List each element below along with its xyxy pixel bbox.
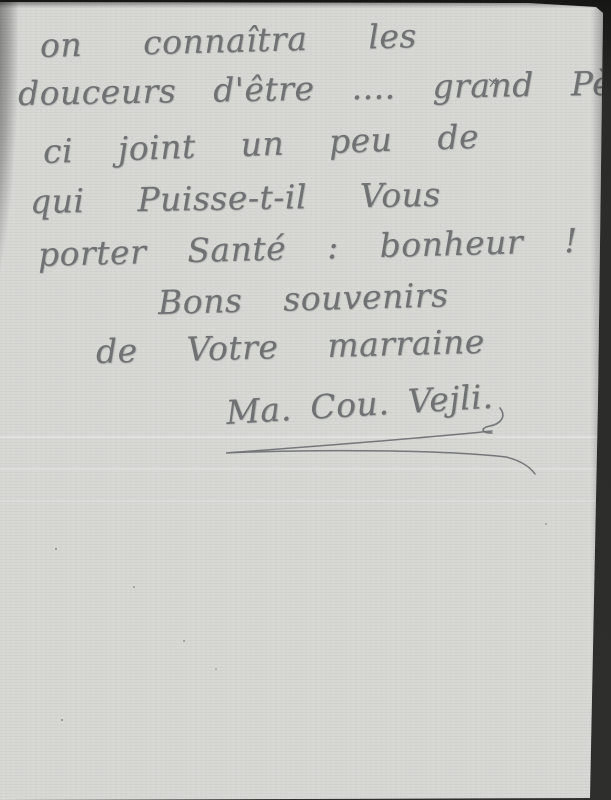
letter-line-2: douceurs d'être .... grand Père !: [18, 62, 611, 113]
scan-background: on connaîtra les douceurs d'être .... gr…: [0, 0, 611, 800]
paper-crease: [0, 436, 600, 438]
paper-specks: [55, 548, 57, 550]
signature-line: Ma. Cou. Vejli.: [225, 377, 494, 432]
letter-line-5: porter Santé : bonheur !: [37, 221, 578, 274]
scan-edge-shadow-left: [0, 0, 46, 360]
letter-line-1: on connaîtra les: [39, 16, 417, 65]
scan-edge-shadow-top: [0, 0, 611, 8]
paper-crease: [0, 500, 600, 502]
letter-line-4: qui Puisse-t-il Vous: [30, 175, 441, 221]
paper-crease: [0, 468, 600, 470]
letter-line-3: ci joint un peu de: [42, 117, 479, 171]
letter-line-7: de Votre marraine: [95, 322, 485, 371]
insertion-mark: ×: [486, 72, 501, 92]
letter-page: on connaîtra les douceurs d'être .... gr…: [0, 0, 611, 800]
scan-edge-shadow-right: [591, 0, 605, 800]
letter-line-6: Bons souvenirs: [157, 275, 448, 322]
